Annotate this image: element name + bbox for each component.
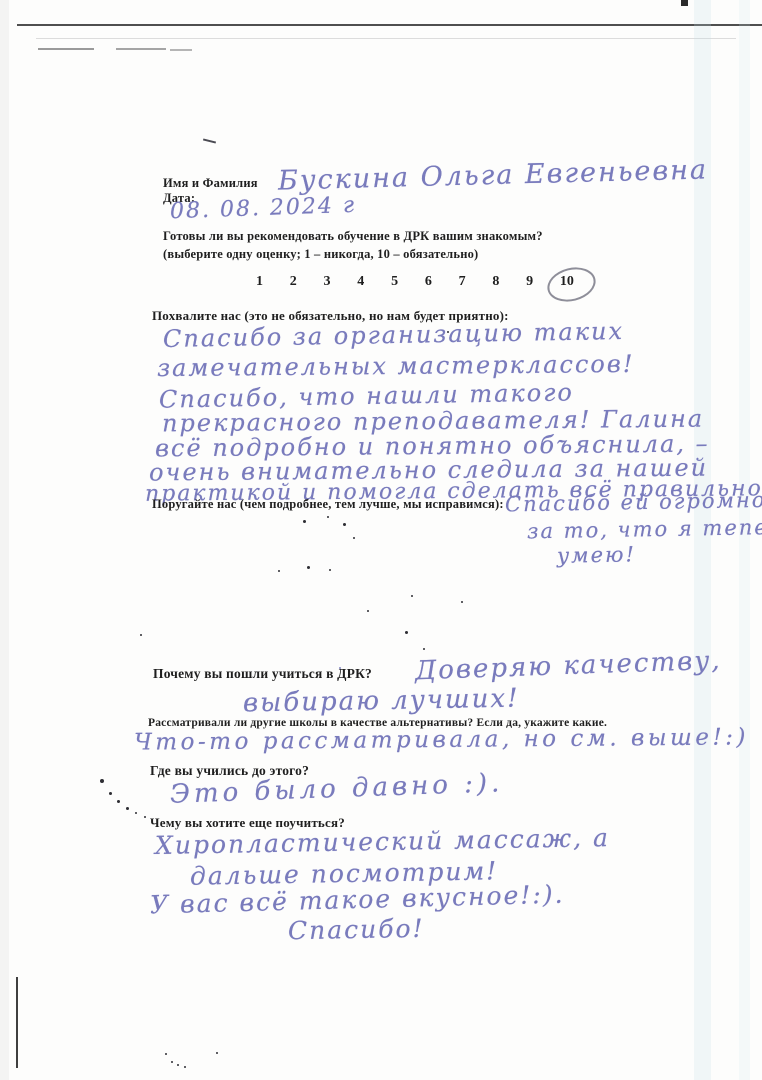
- rating-6: 6: [425, 274, 432, 290]
- pen-dash-mark: [203, 138, 216, 143]
- scan-line-segment: [170, 49, 192, 51]
- rating-1: 1: [256, 274, 263, 290]
- ink-speck: [367, 610, 369, 612]
- ink-speck: [165, 1053, 167, 1055]
- ink-speck: [216, 1052, 218, 1054]
- criticize-line: за то, что я теперь: [527, 515, 762, 544]
- date-handwriting: 08. 08. 2024 г: [170, 193, 357, 224]
- rating-4: 4: [357, 274, 364, 290]
- scanned-feedback-form: Имя и Фамилия Дата: Бускина Ольга Евгень…: [0, 0, 762, 1080]
- alternatives-answer: Что-то рассматривала, но см. выше!:): [134, 724, 749, 755]
- ink-speck: [339, 667, 341, 669]
- ink-speck: [307, 566, 310, 569]
- recommend-hint: (выберите одну оценку; 1 – никогда, 10 –…: [163, 247, 478, 262]
- rating-scale: 1 2 3 4 5 6 7 8 9 10: [256, 274, 574, 290]
- rating-3: 3: [324, 274, 331, 290]
- name-label: Имя и Фамилия: [163, 176, 258, 191]
- name-handwriting: Бускина Ольга Евгеньевна: [278, 154, 709, 196]
- ink-speck: [144, 816, 146, 818]
- criticize-line: умею!: [557, 542, 636, 567]
- ink-speck: [135, 812, 137, 814]
- ink-speck: [343, 523, 346, 526]
- ink-speck: [405, 631, 408, 634]
- ink-speck: [171, 1061, 173, 1063]
- ink-speck: [109, 792, 112, 795]
- rating-9: 9: [526, 274, 533, 290]
- rating-8: 8: [492, 274, 499, 290]
- praise-line: замечательных мастерклассов!: [157, 350, 635, 382]
- scan-color-band: [739, 0, 750, 1080]
- ink-speck: [329, 569, 331, 571]
- ink-speck: [423, 648, 425, 650]
- recommend-question: Готовы ли вы рекомендовать обучение в ДР…: [163, 229, 543, 244]
- ink-speck: [278, 570, 280, 572]
- ink-speck: [461, 601, 463, 603]
- why-line: Доверяю качеству,: [415, 646, 722, 687]
- scan-line-segment: [116, 48, 166, 50]
- bottom-left-scan-line: [16, 977, 18, 1068]
- ink-speck: [447, 331, 449, 333]
- ink-speck: [303, 520, 306, 523]
- ink-speck: [117, 800, 120, 803]
- ink-speck: [327, 516, 329, 518]
- top-edge-mark: [681, 0, 688, 6]
- learn-more-line: Спасибо!: [288, 914, 425, 945]
- criticize-label: Поругайте нас (чем подробнее, тем лучше,…: [152, 497, 504, 512]
- ink-speck: [184, 1066, 186, 1068]
- rating-2: 2: [290, 274, 297, 290]
- criticize-line: Спасибо ей огромное: [505, 488, 762, 517]
- ink-speck: [140, 634, 142, 636]
- ink-speck: [353, 537, 355, 539]
- why-line: выбираю лучших!: [243, 684, 520, 719]
- rating-7: 7: [459, 274, 466, 290]
- selected-rating-circle: [544, 263, 600, 307]
- left-edge-shade: [0, 0, 9, 1080]
- rating-5: 5: [391, 274, 398, 290]
- ink-speck: [126, 807, 129, 810]
- ink-speck: [411, 595, 413, 597]
- ink-speck: [100, 779, 104, 783]
- faint-scan-line: [36, 38, 736, 39]
- top-scan-line: [17, 24, 762, 26]
- scan-line-segment: [38, 48, 94, 50]
- ink-speck: [177, 1064, 179, 1066]
